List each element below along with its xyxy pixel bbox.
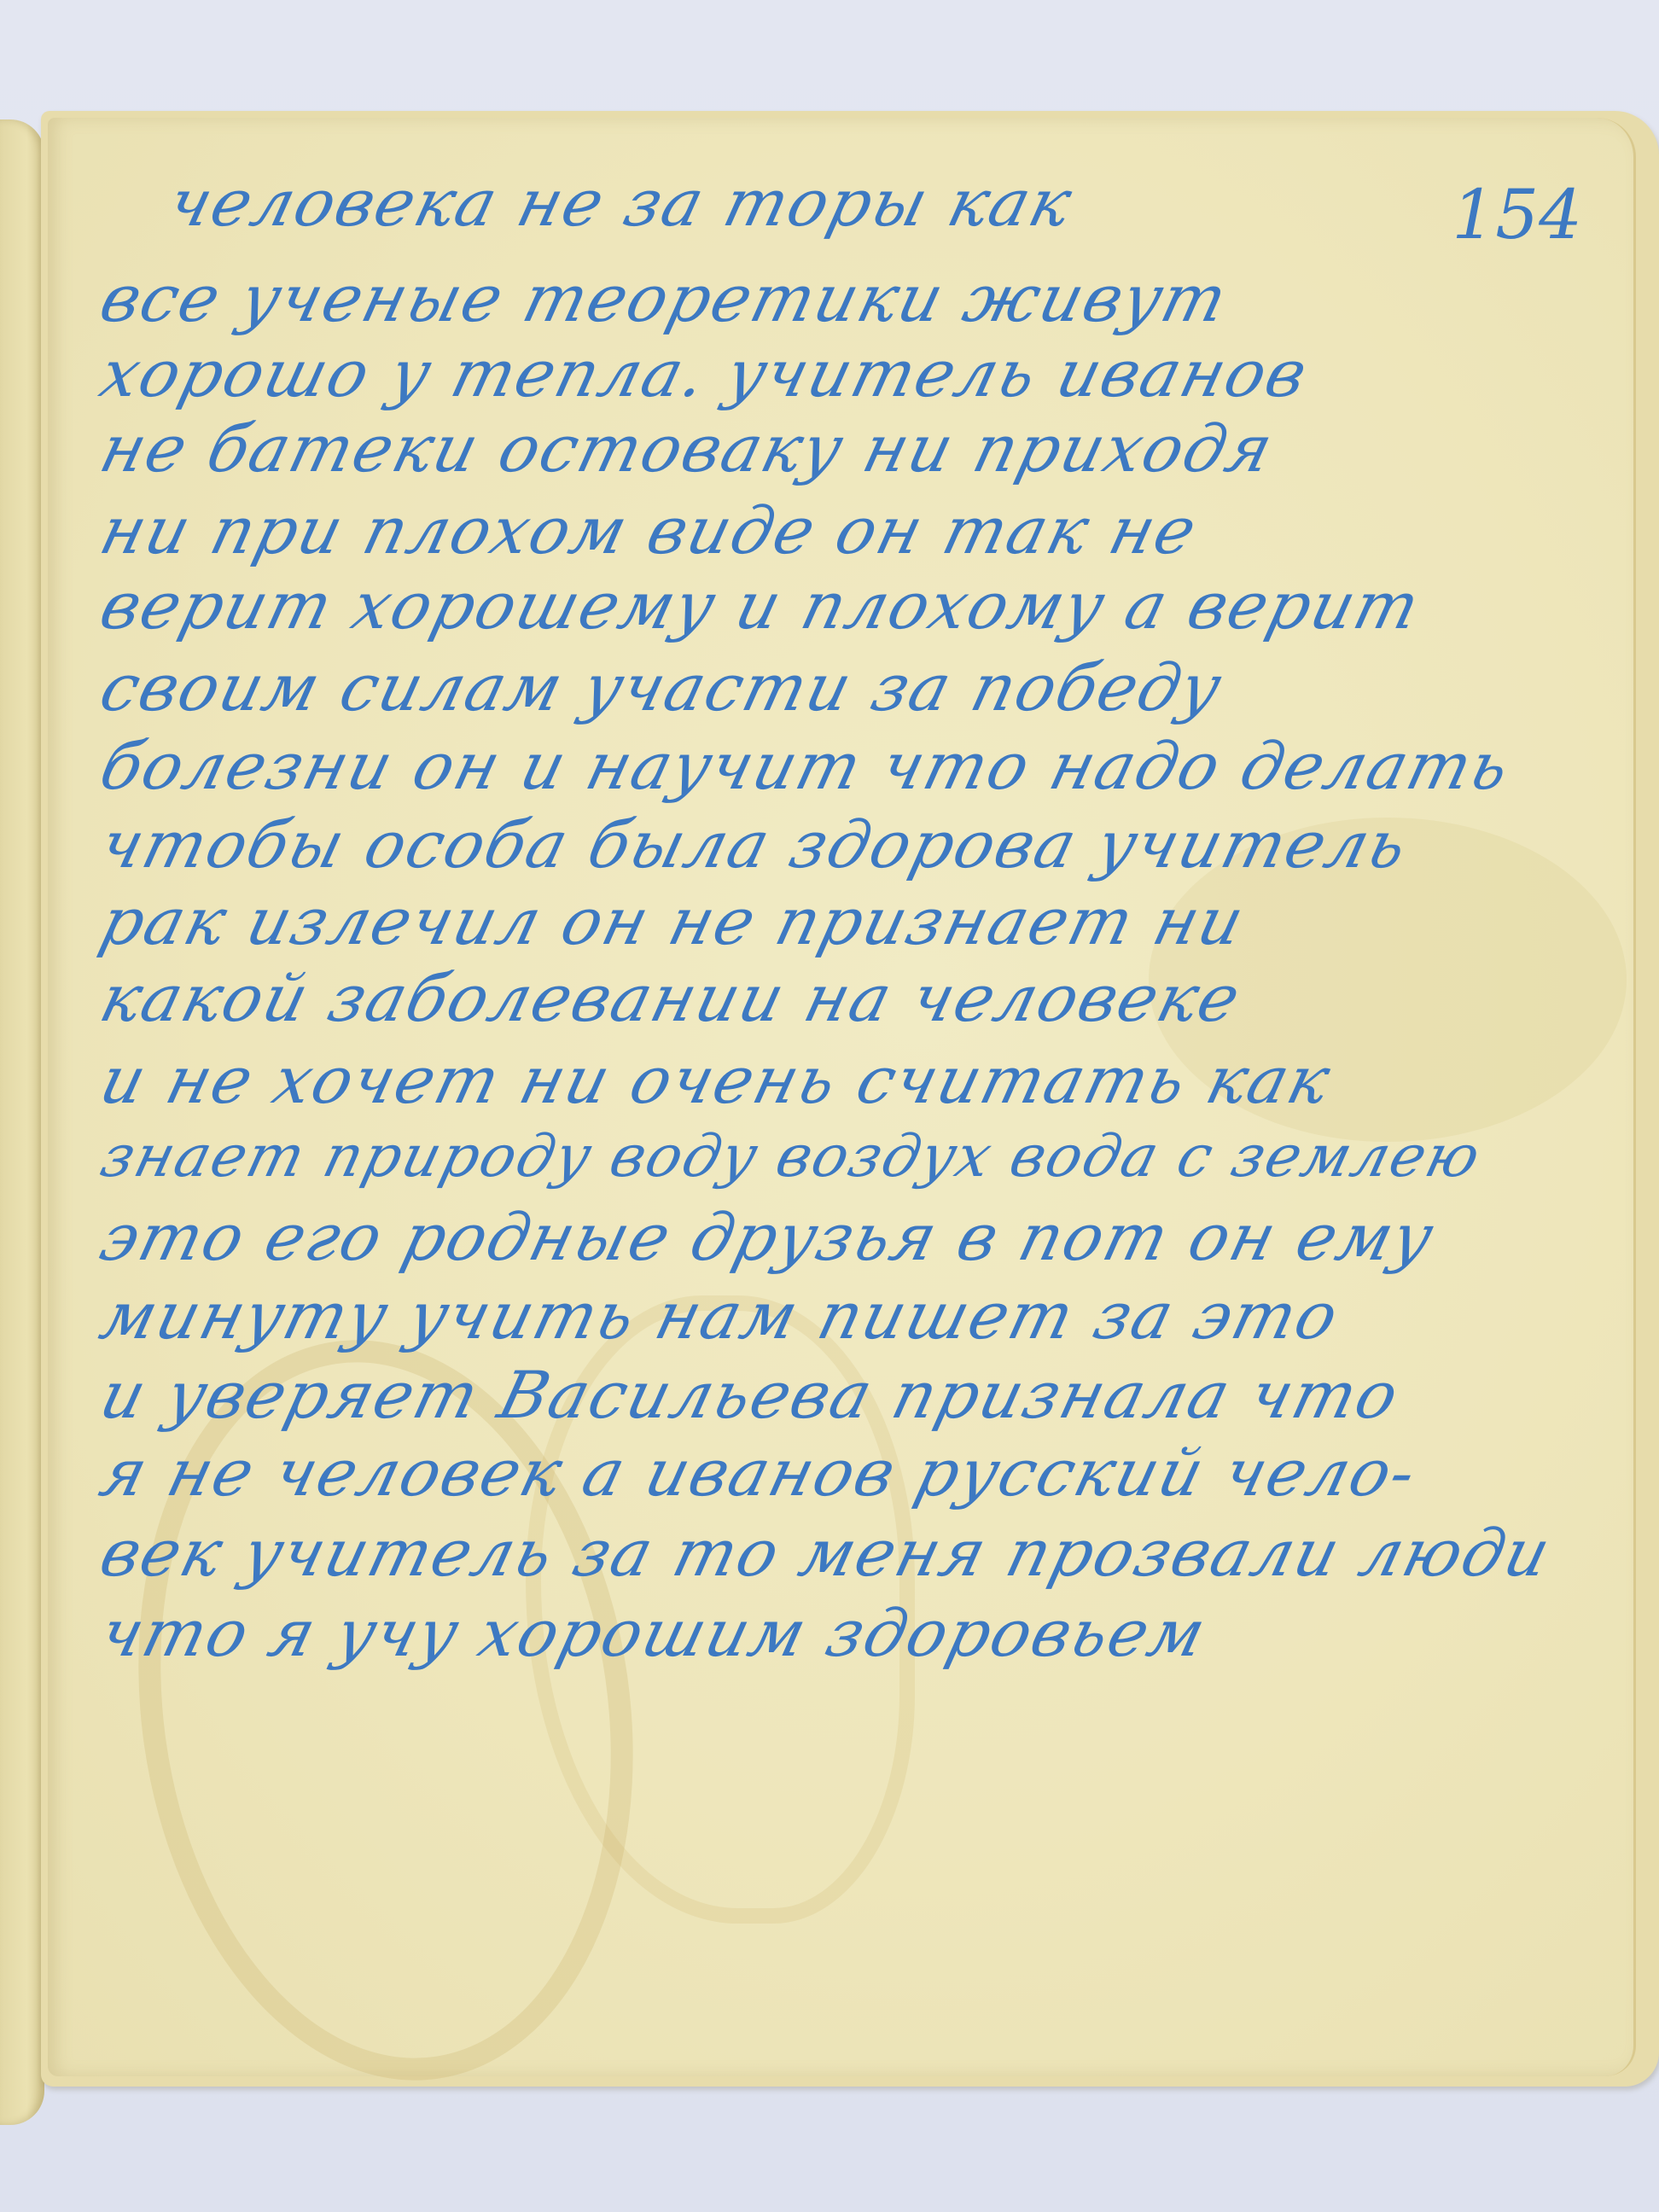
handwritten-line: что я учу хорошим здоровьем xyxy=(95,1601,1608,1666)
handwritten-line: какой заболевании на человеке xyxy=(95,966,1608,1031)
handwritten-line: своим силам участи за победу xyxy=(95,655,1608,720)
handwritten-line: хорошо у тепла. учитель иванов xyxy=(95,341,1608,406)
left-page-edge xyxy=(0,119,44,2125)
handwritten-line: болезни он и научит что надо делать xyxy=(95,734,1608,799)
handwritten-line: это его родные друзья в пот он ему xyxy=(95,1205,1608,1270)
handwritten-line: век учитель за то меня прозвали люди xyxy=(95,1521,1608,1586)
handwritten-line: не батеки остоваку ни приходя xyxy=(95,416,1608,481)
handwritten-line: ни при плохом виде он так не xyxy=(95,498,1608,563)
handwritten-line: минуту учить нам пишет за это xyxy=(95,1284,1608,1348)
handwritten-line: человека не за торы как xyxy=(163,171,1309,236)
handwritten-line: я не человек а иванов русский чело- xyxy=(95,1441,1608,1505)
handwritten-line: и не хочет ни очень считать как xyxy=(95,1048,1608,1113)
handwritten-line: знает природу воду воздух вода с землею xyxy=(96,1128,1607,1186)
handwritten-line: рак излечил он не признает ни xyxy=(95,889,1608,954)
page-number: 154 xyxy=(1452,175,1582,254)
handwritten-line: и уверяет Васильева признала что xyxy=(95,1363,1608,1428)
handwritten-line: верит хорошему и плохому а верит xyxy=(95,573,1608,638)
handwritten-line: все ученые теоретики живут xyxy=(95,266,1608,331)
handwritten-line: чтобы особа была здорова учитель xyxy=(95,812,1608,877)
